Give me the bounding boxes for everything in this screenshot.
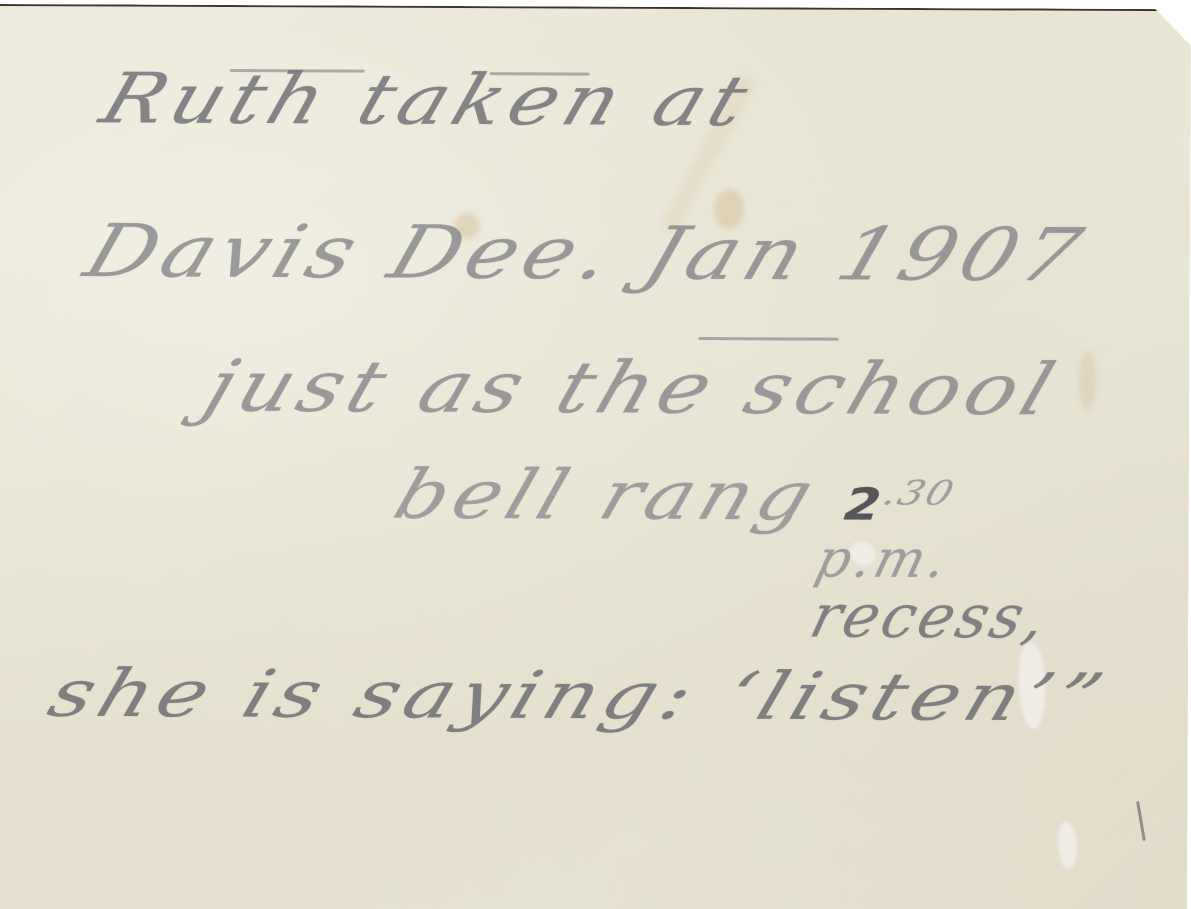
handwriting-line-2: Davis Dee. Jan 1907 (75, 209, 1098, 298)
t-crossbar (230, 69, 365, 73)
scanned-note: Ruth taken at Davis Dee. Jan 1907 just a… (0, 0, 1191, 909)
stain-spot (1078, 351, 1096, 411)
paper-peel-damage (1056, 821, 1078, 871)
stray-pencil-mark (1136, 801, 1146, 841)
handwriting-line-4: bell rang 2.30 (385, 455, 966, 536)
t-crossbar (490, 72, 590, 75)
bell-rang-text: bell rang (385, 455, 829, 536)
strikethrough-mark (699, 337, 839, 341)
handwriting-line-7: she is saying: ‘listen’” (39, 656, 1117, 736)
handwriting-line-3: just as the school (195, 344, 1071, 431)
time-minutes: .30 (878, 474, 960, 513)
handwriting-line-1: Ruth taken at (91, 59, 763, 142)
handwriting-line-6: recess, (803, 582, 1056, 653)
paper-sheet: Ruth taken at Davis Dee. Jan 1907 just a… (0, 4, 1191, 909)
